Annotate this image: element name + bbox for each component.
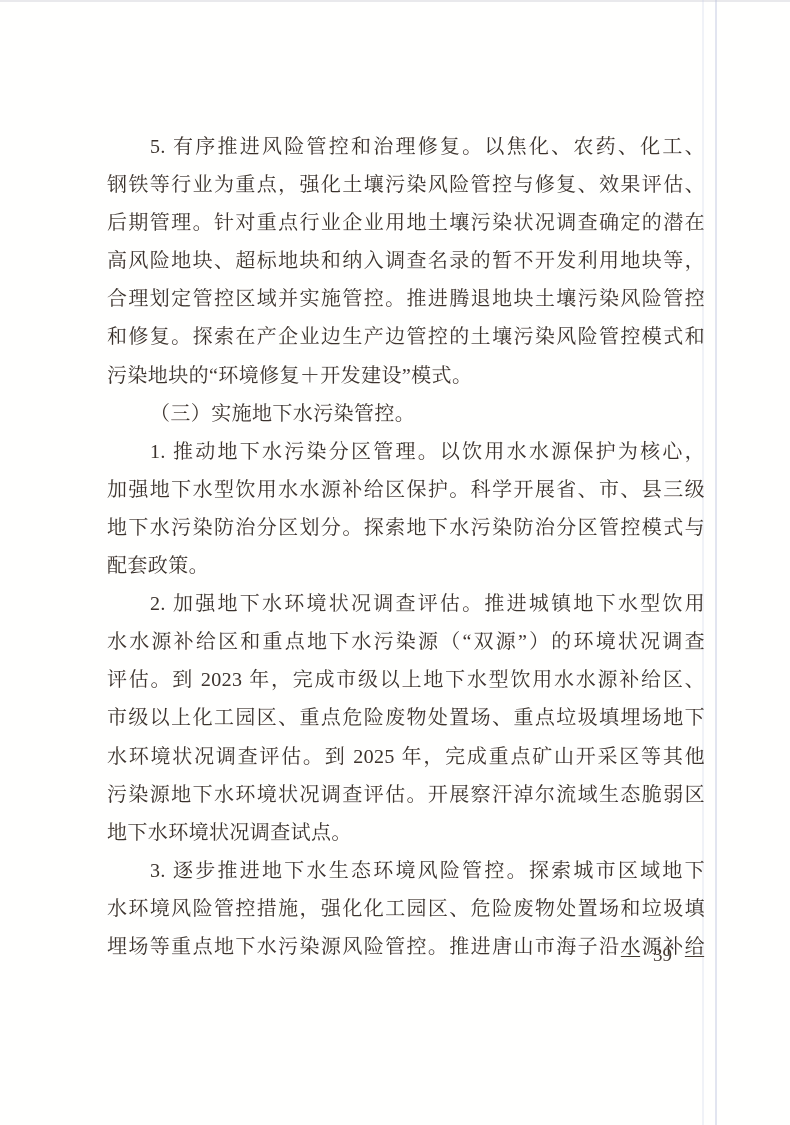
paragraph-2-groundwater-survey: 2. 加强地下水环境状况调查评估。推进城镇地下水型饮用 水水源补给区和重点地下水… [107,585,705,852]
text-line: 地下水环境状况调查试点。 [107,814,705,852]
text-line: 评估。到 2023 年，完成市级以上地下水型饮用水水源补给区、 [107,661,705,699]
text-line: 水环境状况调查评估。到 2025 年，完成重点矿山开采区等其他 [107,738,705,776]
text-line: 3. 逐步推进地下水生态环境风险管控。探索城市区域地下 [107,852,705,890]
text-line: 污染地块的“环境修复＋开发建设”模式。 [107,357,705,395]
page-number-value: 39 [653,944,672,968]
text-line: 高风险地块、超标地块和纳入调查名录的暂不开发利用地块等， [107,242,705,280]
scan-top-edge-line [0,0,790,2]
page-number-dash-right: — [685,944,704,968]
text-line: 5. 有序推进风险管控和治理修复。以焦化、农药、化工、 [107,128,705,166]
paragraph-3-groundwater-risk: 3. 逐步推进地下水生态环境风险管控。探索城市区域地下 水环境风险管控措施，强化… [107,852,705,966]
scan-page-edge-line-outer [715,0,717,1125]
paragraph-5-risk-control: 5. 有序推进风险管控和治理修复。以焦化、农药、化工、 钢铁等行业为重点，强化土… [107,128,705,395]
text-line: 合理划定管控区域并实施管控。推进腾退地块土壤污染风险管控 [107,280,705,318]
section-heading-line: （三）实施地下水污染管控。 [107,395,705,433]
text-line: 污染源地下水环境状况调查评估。开展察汗淖尔流域生态脆弱区 [107,776,705,814]
text-line: 埋场等重点地下水污染源风险管控。推进唐山市海子沿水源补给 [107,928,705,966]
text-line: 水水源补给区和重点地下水污染源（“双源”）的环境状况调查 [107,623,705,661]
document-body: 5. 有序推进风险管控和治理修复。以焦化、农药、化工、 钢铁等行业为重点，强化土… [107,128,705,966]
text-line: 水环境风险管控措施，强化化工园区、危险废物处置场和垃圾填 [107,890,705,928]
text-line: 1. 推动地下水污染分区管理。以饮用水水源保护为核心， [107,433,705,471]
paragraph-section-3-heading: （三）实施地下水污染管控。 [107,395,705,433]
scanned-document-page: 5. 有序推进风险管控和治理修复。以焦化、农药、化工、 钢铁等行业为重点，强化土… [0,0,790,1125]
page-number-dash-left: — [621,944,640,968]
text-line: 地下水污染防治分区划分。探索地下水污染防治分区管控模式与 [107,509,705,547]
text-line: 和修复。探索在产企业边生产边管控的土壤污染风险管控模式和 [107,318,705,356]
page-number: — 39 — [621,944,704,968]
text-line: 市级以上化工园区、重点危险废物处置场、重点垃圾填埋场地下 [107,699,705,737]
text-line: 钢铁等行业为重点，强化土壤污染风险管控与修复、效果评估、 [107,166,705,204]
text-line: 加强地下水型饮用水水源补给区保护。科学开展省、市、县三级 [107,471,705,509]
paragraph-1-groundwater-zoning: 1. 推动地下水污染分区管理。以饮用水水源保护为核心， 加强地下水型饮用水水源补… [107,433,705,585]
text-line: 配套政策。 [107,547,705,585]
text-line: 后期管理。针对重点行业企业用地土壤污染状况调查确定的潜在 [107,204,705,242]
text-line: 2. 加强地下水环境状况调查评估。推进城镇地下水型饮用 [107,585,705,623]
